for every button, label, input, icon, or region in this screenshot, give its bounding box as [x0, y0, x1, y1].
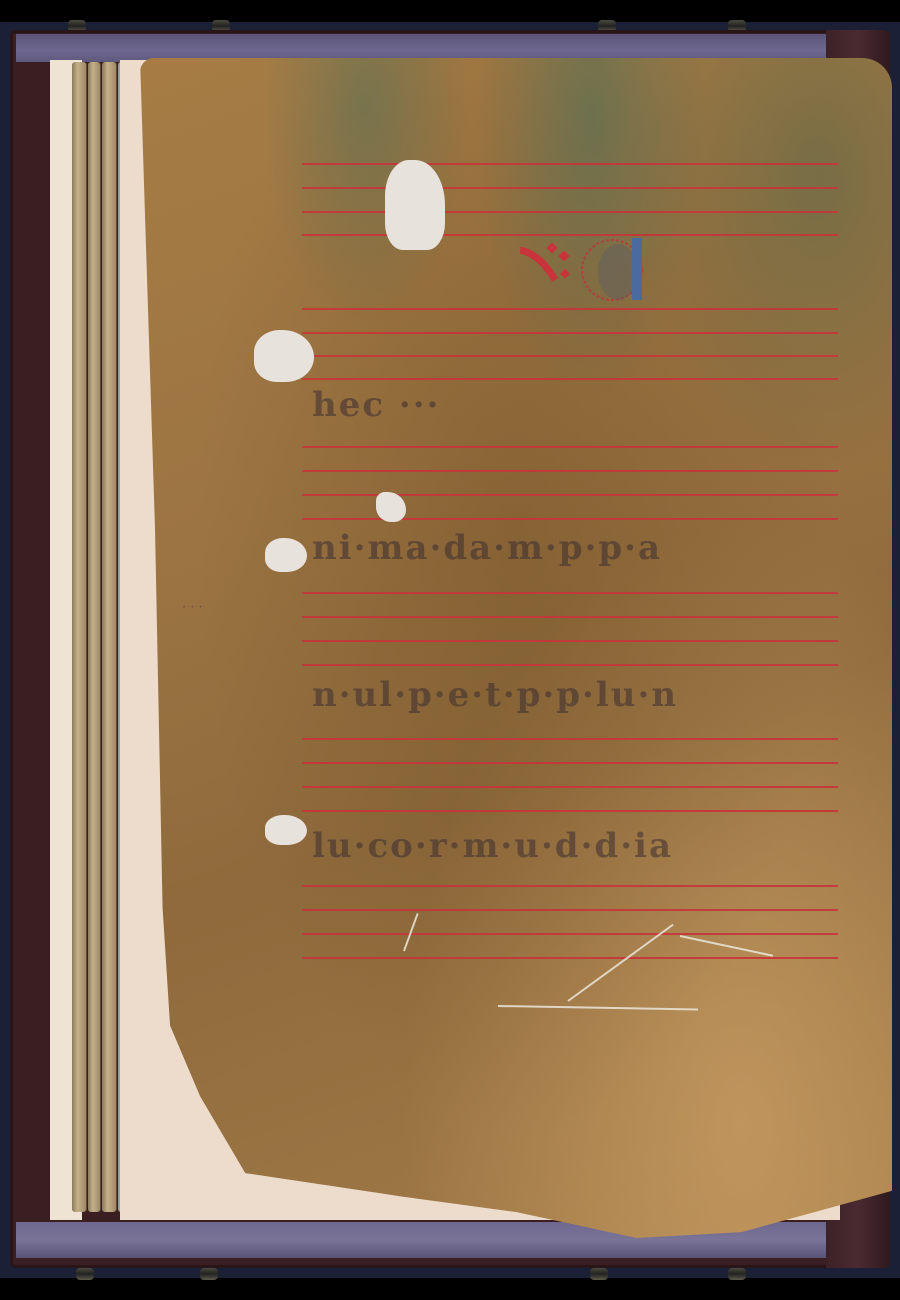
text-line: ni·ma·da·m·p·p·a [312, 528, 832, 568]
staff-line [302, 933, 838, 935]
parchment-hole [265, 815, 307, 845]
decorated-initial [520, 232, 660, 302]
text-line: hec ··· [312, 385, 832, 425]
binding-boss-bottom-1 [76, 1268, 94, 1280]
binding-leather-top [16, 34, 828, 62]
staff-line [302, 470, 838, 472]
staff-line [302, 163, 838, 165]
staff-line [302, 738, 838, 740]
parchment-hole [254, 330, 314, 382]
staff-line [302, 909, 838, 911]
staff-line [302, 211, 838, 213]
staff-line [302, 446, 838, 448]
staff-line [302, 762, 838, 764]
staff-line [302, 187, 838, 189]
staff-line [302, 355, 838, 357]
leaf-stub [72, 62, 86, 1212]
parchment-hole [265, 538, 307, 572]
binding-boss-bottom-4 [728, 1268, 746, 1280]
leaf-stub [102, 62, 116, 1212]
text-line: n·ul·p·e·t·p·p·lu·n [312, 675, 832, 715]
text-line: lu·co·r·m·u·d·d·ia [312, 826, 832, 866]
margin-note: · · · [182, 600, 203, 615]
leaf-stub [88, 62, 100, 1212]
staff-line [302, 616, 838, 618]
staff-line [302, 592, 838, 594]
binding-boss-bottom-2 [200, 1268, 218, 1280]
staff-line [302, 810, 838, 812]
staff-line [302, 664, 838, 666]
staff-line [302, 378, 838, 380]
parchment-hole [385, 160, 445, 250]
staff-line [302, 786, 838, 788]
staff-line [302, 957, 838, 959]
staff-line [302, 885, 838, 887]
staff-line [302, 640, 838, 642]
staff-line [302, 332, 838, 334]
binding-boss-bottom-3 [590, 1268, 608, 1280]
staff-line [302, 308, 838, 310]
